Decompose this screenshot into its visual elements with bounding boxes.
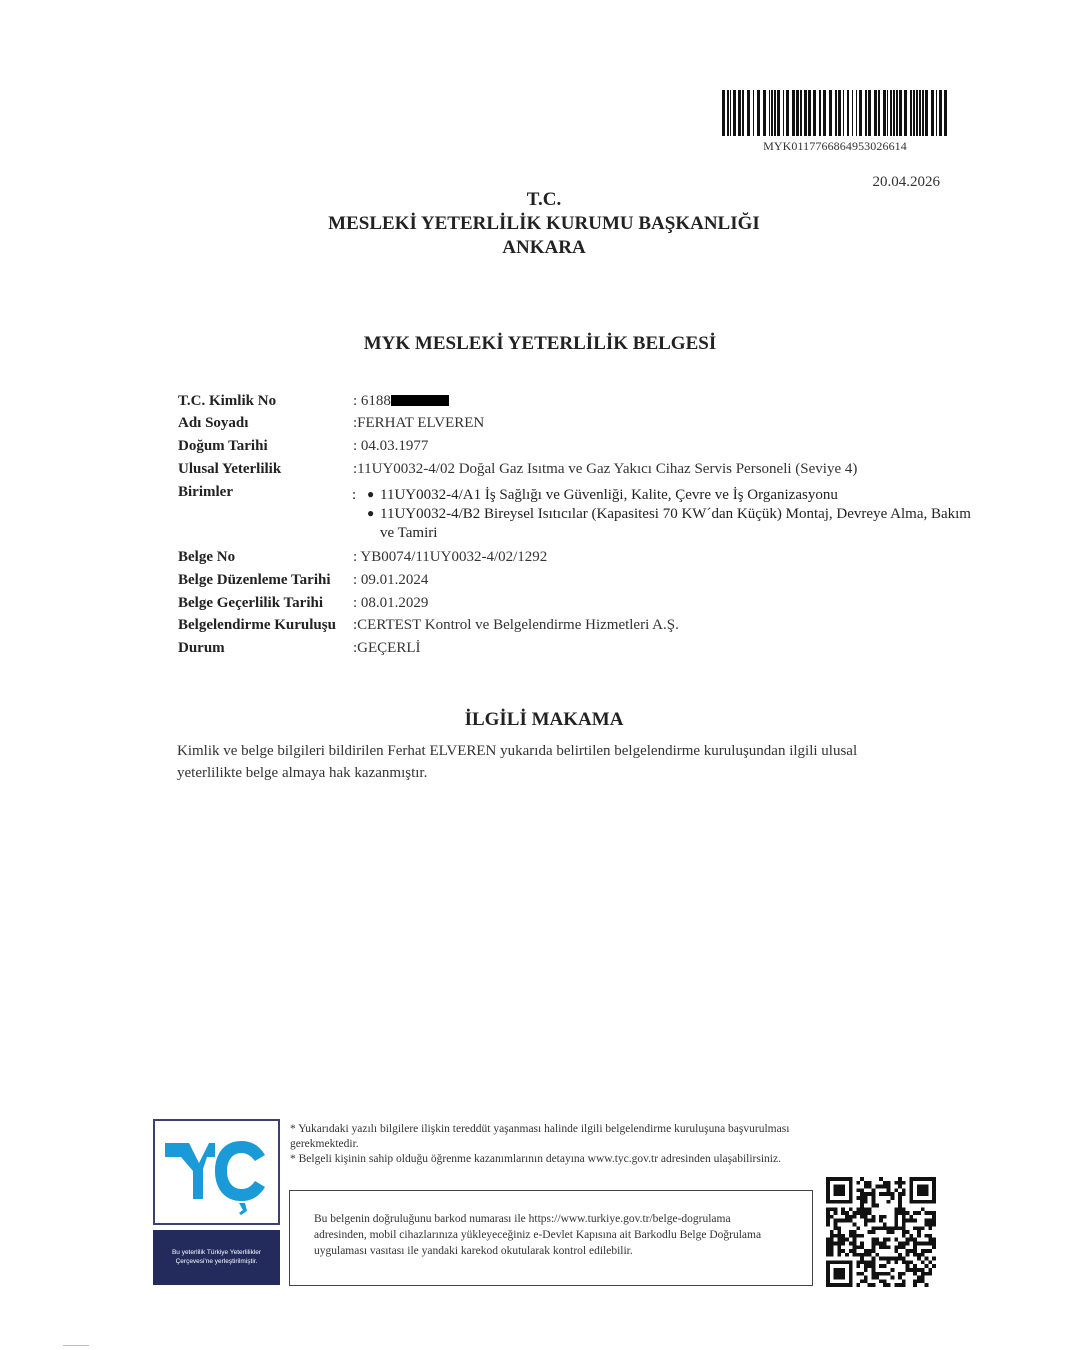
barcode	[722, 90, 948, 136]
list-item: :● 11UY0032-4/A1 İş Sağlığı ve Güvenliği…	[352, 486, 992, 505]
header-institution: MESLEKİ YETERLİLİK KURUMU BAŞKANLIĞI	[0, 213, 1080, 235]
makam-title: İLGİLİ MAKAMA	[0, 709, 1080, 731]
label-belge-no: Belge No	[178, 549, 235, 566]
header-tc: T.C.	[0, 189, 1080, 211]
makam-text: Kimlik ve belge bilgileri bildirilen Fer…	[177, 740, 917, 784]
label-ulusal-yeterlilik: Ulusal Yeterlilik	[178, 461, 281, 478]
value-dogum-tarihi: : 04.03.1977	[353, 438, 428, 455]
birimler-list: :● 11UY0032-4/A1 İş Sağlığı ve Güvenliği…	[352, 486, 992, 543]
bullet-icon: ●	[367, 504, 374, 523]
redaction-bar	[391, 395, 449, 406]
value-durum: :GEÇERLİ	[353, 640, 421, 657]
label-kurulus: Belgelendirme Kuruluşu	[178, 617, 336, 634]
value-belge-no: : YB0074/11UY0032-4/02/1292	[353, 549, 547, 566]
qr-code-icon	[826, 1177, 936, 1287]
verification-text: Bu belgenin doğruluğunu barkod numarası …	[314, 1211, 814, 1259]
value-gecerlilik-tarihi: : 08.01.2029	[353, 595, 428, 612]
tyc-banner: Bu yeterlilik Türkiye Yeterlilikler Çerç…	[153, 1230, 280, 1285]
label-gecerlilik-tarihi: Belge Geçerlilik Tarihi	[178, 595, 323, 612]
value-adi-soyadi: :FERHAT ELVEREN	[353, 415, 484, 432]
footer-notes: * Yukarıdaki yazılı bilgilere ilişkin te…	[290, 1122, 810, 1167]
label-birimler: Birimler	[178, 484, 233, 501]
verification-box: Bu belgenin doğruluğunu barkod numarası …	[289, 1190, 813, 1286]
label-adi-soyadi: Adı Soyadı	[178, 415, 248, 432]
value-tc-kimlik: : 6188	[353, 393, 449, 410]
footer-mark	[63, 1345, 89, 1346]
tyc-logo-icon	[155, 1121, 278, 1223]
value-kurulus: :CERTEST Kontrol ve Belgelendirme Hizmet…	[353, 617, 679, 634]
document-title: MYK MESLEKİ YETERLİLİK BELGESİ	[0, 333, 1080, 355]
list-item: ● 11UY0032-4/B2 Bireysel Isıtıcılar (Kap…	[352, 505, 992, 543]
label-durum: Durum	[178, 640, 225, 657]
label-tc-kimlik: T.C. Kimlik No	[178, 393, 276, 410]
note-1: * Yukarıdaki yazılı bilgilere ilişkin te…	[290, 1122, 810, 1152]
label-duzenleme-tarihi: Belge Düzenleme Tarihi	[178, 572, 331, 589]
barcode-number: MYK0117766864953026614	[722, 139, 948, 154]
value-ulusal-yeterlilik: :11UY0032-4/02 Doğal Gaz Isıtma ve Gaz Y…	[353, 461, 857, 478]
note-2: * Belgeli kişinin sahip olduğu öğrenme k…	[290, 1152, 810, 1167]
value-duzenleme-tarihi: : 09.01.2024	[353, 572, 428, 589]
label-dogum-tarihi: Doğum Tarihi	[178, 438, 268, 455]
bullet-icon: ●	[367, 485, 374, 504]
header-city: ANKARA	[0, 237, 1080, 259]
tyc-logo	[153, 1119, 280, 1225]
